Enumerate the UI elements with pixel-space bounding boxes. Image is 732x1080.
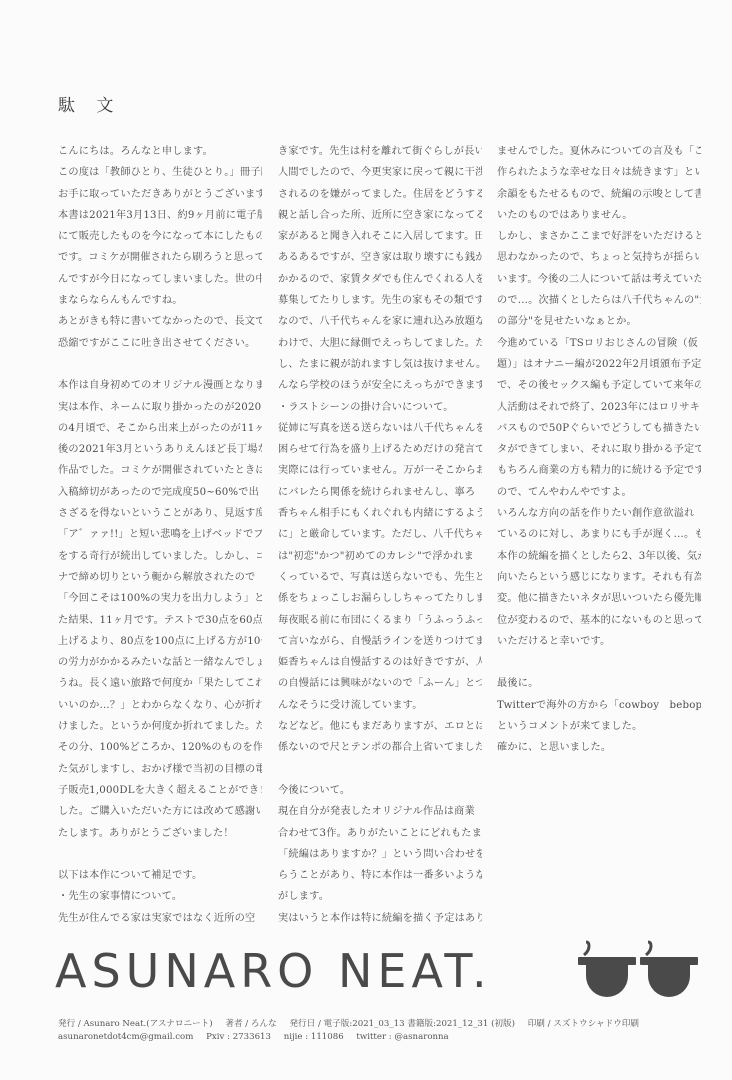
text-line: 困らせて行為を盛り上げるためだけの発言で、: [278, 439, 482, 460]
credit-publisher: 発行 / Asunaro Neat.(アスナロニート): [58, 1019, 213, 1029]
text-line: 実は本作、ネームに取り掛かったのが2020年: [58, 397, 262, 418]
text-line: 入稿締切があったので完成度50~60%で出: [58, 482, 262, 503]
text-line: いただけると幸いです。: [497, 631, 701, 652]
text-line: た結果、11ヶ月です。テストで30点を60点に: [58, 610, 262, 631]
text-line: に」と厳命しています。ただし、八千代ちゃん: [278, 524, 482, 545]
text-line: らうことがあり、特に本作は一番多いような気: [278, 865, 482, 886]
text-line: あるあるですが、空き家は取り壊すにも銭が: [278, 247, 482, 268]
text-line: 本作は自身初めてのオリジナル漫画となります。: [58, 375, 262, 396]
text-line: は"初恋"かつ"初めてのカレシ"で浮かれま: [278, 546, 482, 567]
text-line: もちろん商業の方も精力的に続ける予定です: [497, 460, 701, 481]
text-line: 今進めている「TSロリおじさんの冒険（仮: [497, 333, 701, 354]
text-line: 毎夜眠る前に布団にくるまり「うふっうふっ」っ: [278, 610, 482, 631]
text-column-1: こんにちは。ろんなと申します。この度は「教師ひとり、生徒ひとり。」冊子版をお手に…: [58, 141, 262, 929]
text-line: 作品でした。コミケが開催されていたときは、: [58, 460, 262, 481]
text-line: 位が変わるので、基本的にないものと思って: [497, 610, 701, 631]
text-line: 変。他に描きたいネタが思いついたら優先順: [497, 588, 701, 609]
text-line: しかし、まさかここまで好評をいただけるとは: [497, 226, 701, 247]
text-line: 上げるより、80点を100点に上げる方が10倍: [58, 631, 262, 652]
text-line: た気がしますし、おかげ様で当初の目標の電: [58, 759, 262, 780]
text-line: うね。長く遠い旅路で何度か「果たしてこれで: [58, 673, 262, 694]
text-line: いいのか…？」とわからなくなり、心が折れか: [58, 695, 262, 716]
text-line: 向いたらという感じになります。それも有為転: [497, 567, 701, 588]
text-line: タができてしまい、それに取り掛かる予定です。: [497, 439, 701, 460]
text-line: 実はいうと本作は特に続編を描く予定はあり: [278, 908, 482, 929]
text-line: の自慢話には興味がないので「ふーん」とつま: [278, 673, 482, 694]
credit-twitter: twitter : @asnaronna: [356, 1032, 448, 1042]
credits-line-1: 発行 / Asunaro Neat.(アスナロニート) 著者 / ろんな 発行日…: [58, 1017, 649, 1029]
text-line: かかるので、家賃タダでも住んでくれる人を: [278, 269, 482, 290]
credit-author: 著者 / ろんな: [225, 1019, 276, 1029]
text-line: 以下は本作について補足です。: [58, 865, 262, 886]
text-line: にバレたら関係を続けられませんし、寧ろ「姫: [278, 482, 482, 503]
paragraph-gap: [278, 759, 482, 780]
credit-email: asunaronetdot4cm@gmail.com: [58, 1032, 193, 1042]
credits-line-2: asunaronetdot4cm@gmail.com Pxiv : 273361…: [58, 1032, 459, 1042]
text-line: 係ないので尺とテンポの都合上省いてました。: [278, 737, 482, 758]
text-line: というコメントが来てました。: [497, 716, 701, 737]
credit-pixiv: Pxiv : 2733613: [206, 1032, 271, 1042]
credit-printer: 印刷 / スズトウシャドウ印刷: [528, 1019, 639, 1029]
text-line: 人活動はそれで終了、2023年にはロリサキュ: [497, 397, 701, 418]
text-line: 香ちゃん相手にもくれぐれも内緒にするよう: [278, 503, 482, 524]
text-line: し、たまに親が訪れますし気は抜けません。な: [278, 354, 482, 375]
text-line: まならならんもんですね。: [58, 290, 262, 311]
text-line: 家があると聞き入れそこに入居してます。田舎: [278, 226, 482, 247]
text-line: んですが今日になってしまいました。世の中ま: [58, 269, 262, 290]
text-line: ・ラストシーンの掛け合いについて。: [278, 397, 482, 418]
text-line: なので、八千代ちゃんを家に連れ込み放題な: [278, 311, 482, 332]
text-line: ので…。次描くとしたらは八千代ちゃんの"女: [497, 290, 701, 311]
text-line: 現在自分が発表したオリジナル作品は商業: [278, 801, 482, 822]
text-line: 親と話し合った所、近所に空き家になってる: [278, 205, 482, 226]
text-line: 本作の続編を描くとしたら2、3年以後、気が: [497, 546, 701, 567]
text-line: ませんでした。夏休みについての言及も「この: [497, 141, 701, 162]
bowl-logo-icon: [578, 940, 636, 1000]
text-line: ので、てんやわんやですよ。: [497, 482, 701, 503]
text-line: 「続編はありますか？」という問い合わせをも: [278, 844, 482, 865]
text-line: 作られたような幸せな日々は続きます」という: [497, 162, 701, 183]
text-line: 最後に。: [497, 673, 701, 694]
text-column-2: き家です。先生は村を離れて街ぐらしが長い人間でしたので、今更実家に戻って親に干渉…: [278, 141, 482, 929]
text-line: です。コミケが開催されたら刷ろうと思ってた: [58, 247, 262, 268]
text-line: わけで、大胆に縁側でえっちしてました。ただ: [278, 333, 482, 354]
text-line: がします。: [278, 886, 482, 907]
text-line: けました。というか何度か折れてました。ただ: [58, 716, 262, 737]
page-title: 駄 文: [58, 91, 121, 116]
text-line: います。今後の二人について話は考えていた: [497, 269, 701, 290]
text-line: 係をちょっこしお漏らししちゃってたりします。: [278, 588, 482, 609]
text-line: した。ご購入いただいた方には改めて感謝い: [58, 801, 262, 822]
text-line: されるのを嫌がってました。住居をどうするか: [278, 184, 482, 205]
text-line: 「今回こそは100%の実力を出力しよう」とし: [58, 588, 262, 609]
text-line: その分、100%どころか、120%のものを作れ: [58, 737, 262, 758]
text-line: などなど。他にもまだありますが、エロとは関: [278, 716, 482, 737]
credit-nijie: nijie : 111086: [284, 1032, 344, 1042]
text-line: 本書は2021年3月13日、約9ヶ月前に電子版: [58, 205, 262, 226]
text-line: この度は「教師ひとり、生徒ひとり。」冊子版を: [58, 162, 262, 183]
text-line: ているのに対し、あまりにも手が遅く…。もし: [497, 524, 701, 545]
text-line: こんにちは。ろんなと申します。: [58, 141, 262, 162]
text-line: 人間でしたので、今更実家に戻って親に干渉: [278, 162, 482, 183]
text-line: 募集してたりします。先生の家もその類です。: [278, 290, 482, 311]
text-line: をする奇行が続出していました。しかし、コロ: [58, 546, 262, 567]
text-line: あとがきも特に書いてなかったので、長文で: [58, 311, 262, 332]
text-line: で、その後セックス編も予定していて来年の同: [497, 375, 701, 396]
text-line: て言いながら、自慢話ラインを送りつけてます。: [278, 631, 482, 652]
text-line: お手に取っていただきありがとうございます。: [58, 184, 262, 205]
text-line: いろんな方向の話を作りたい創作意欲溢れ: [497, 503, 701, 524]
text-line: にて販売したものを今になって本にしたもの: [58, 226, 262, 247]
text-line: 思わなかったので、ちょっと気持ちが揺らいで: [497, 247, 701, 268]
text-column-3: ませんでした。夏休みについての言及も「この作られたような幸せな日々は続きます」と…: [497, 141, 701, 759]
text-line: 子販売1,000DLを大きく超えることができま: [58, 780, 262, 801]
text-line: 余韻をもたせるもので、続編の示唆として書: [497, 184, 701, 205]
text-line: き家です。先生は村を離れて街ぐらしが長い: [278, 141, 482, 162]
text-line: さざるを得ないということがあり、見返す度: [58, 503, 262, 524]
text-line: 今後について。: [278, 780, 482, 801]
bowl-logo-icon: [640, 940, 698, 1000]
text-line: の労力がかかるみたいな話と一緒なんでしょ: [58, 652, 262, 673]
text-line: ナで締め切りという軛から解放されたので: [58, 567, 262, 588]
text-line: いたのものではありません。: [497, 205, 701, 226]
paragraph-gap: [58, 844, 262, 865]
text-line: の4月頃で、そこから出来上がったのが11ヶ月: [58, 418, 262, 439]
text-line: 「ア゛ァァ!!」と短い悲鳴を上げベッドでブリッジ: [58, 524, 262, 545]
text-line: 後の2021年3月というありえんほど長丁場な: [58, 439, 262, 460]
text-line: 題）」はオナニー編が2022年2月頃頒布予定: [497, 354, 701, 375]
text-line: んなそうに受け流しています。: [278, 695, 482, 716]
text-line: ・先生の家事情について。: [58, 886, 262, 907]
publisher-logo: ASUNARO NEAT.: [55, 948, 492, 994]
credit-dates: 発行日 / 電子版:2021_03_13 書籍版:2021_12_31 (初版): [289, 1019, 515, 1029]
text-line: 恐縮ですがここに吐き出させてください。: [58, 333, 262, 354]
text-line: 合わせて3作。ありがたいことにどれもたまに: [278, 823, 482, 844]
text-line: 実際には行っていません。万が一そこからお上: [278, 460, 482, 481]
text-line: 従姉に写真を送る送らないは八千代ちゃんを: [278, 418, 482, 439]
text-line: たします。ありがとうございました！: [58, 823, 262, 844]
text-line: くっているで、写真は送らないでも、先生との関: [278, 567, 482, 588]
paragraph-gap: [58, 354, 262, 375]
text-line: の部分"を見せたいなぁとか。: [497, 311, 701, 332]
text-line: バスもので50Pぐらいでどうしても描きたいネ: [497, 418, 701, 439]
text-line: 確かに、と思いました。: [497, 737, 701, 758]
text-line: んなら学校のほうが安全にえっちができます。: [278, 375, 482, 396]
paragraph-gap: [497, 652, 701, 673]
text-line: Twitterで海外の方から「cowboy bebop?」: [497, 695, 701, 716]
text-line: 姫香ちゃんは自慢話するのは好きですが、人: [278, 652, 482, 673]
text-line: 先生が住んでる家は実家ではなく近所の空: [58, 908, 262, 929]
